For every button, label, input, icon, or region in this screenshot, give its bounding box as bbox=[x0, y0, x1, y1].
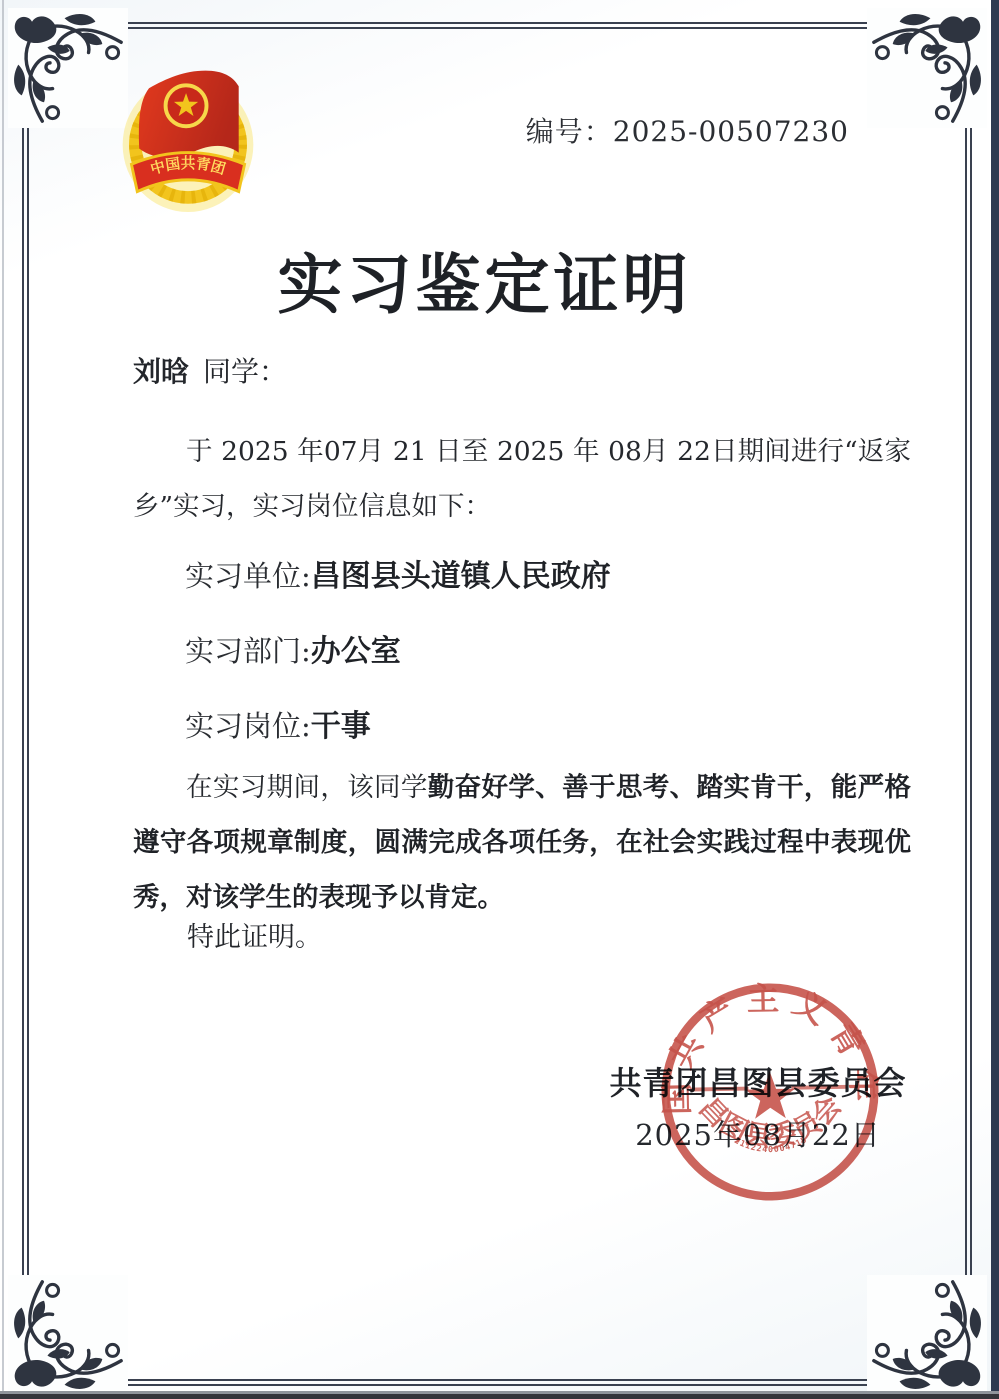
salutation-suffix: 同学： bbox=[203, 355, 287, 388]
detail-value: 昌图县头道镇人民政府 bbox=[311, 559, 611, 594]
internship-department-line: 实习部门:办公室 bbox=[185, 626, 401, 670]
detail-label: 实习岗位: bbox=[185, 709, 311, 743]
serial-number: 编号：2025-00507230 bbox=[526, 110, 849, 150]
certificate-page: 中国共青团 编号：2025-00507230 实习鉴定证明 刘晗同学： 于 20… bbox=[0, 0, 999, 1399]
photo-edge-right bbox=[991, 0, 999, 1399]
page-title: 实习鉴定证明 bbox=[0, 232, 969, 326]
closing-line: 特此证明。 bbox=[133, 915, 322, 954]
corner-flourish-icon bbox=[867, 1275, 987, 1395]
seal-star-icon bbox=[745, 1071, 795, 1119]
intro-paragraph: 于 2025 年07月 21 日至 2025 年 08月 22日期间进行“返家乡… bbox=[133, 424, 911, 534]
detail-label: 实习部门: bbox=[185, 634, 311, 668]
official-seal: 中国共产主义青年团 昌图县委员会 2112240004715 bbox=[653, 975, 887, 1209]
corner-flourish-icon bbox=[867, 8, 987, 128]
salutation: 刘晗同学： bbox=[133, 350, 287, 390]
evaluation-paragraph: 在实习期间，该同学勤奋好学、善于思考、踏实肯干，能严格遵守各项规章制度，圆满完成… bbox=[133, 760, 911, 925]
photo-edge-bottom bbox=[0, 1391, 999, 1399]
photo-edge-left bbox=[2, 0, 4, 1399]
detail-value: 办公室 bbox=[311, 634, 401, 669]
detail-value: 干事 bbox=[311, 709, 371, 744]
detail-label: 实习单位: bbox=[185, 559, 311, 593]
evaluation-prefix: 在实习期间，该同学 bbox=[186, 772, 428, 803]
cyl-emblem-icon: 中国共青团 bbox=[110, 55, 266, 217]
corner-flourish-icon bbox=[8, 1275, 128, 1395]
internship-unit-line: 实习单位:昌图县头道镇人民政府 bbox=[185, 551, 611, 595]
internship-position-line: 实习岗位:干事 bbox=[185, 701, 371, 745]
student-name: 刘晗 bbox=[133, 355, 189, 388]
